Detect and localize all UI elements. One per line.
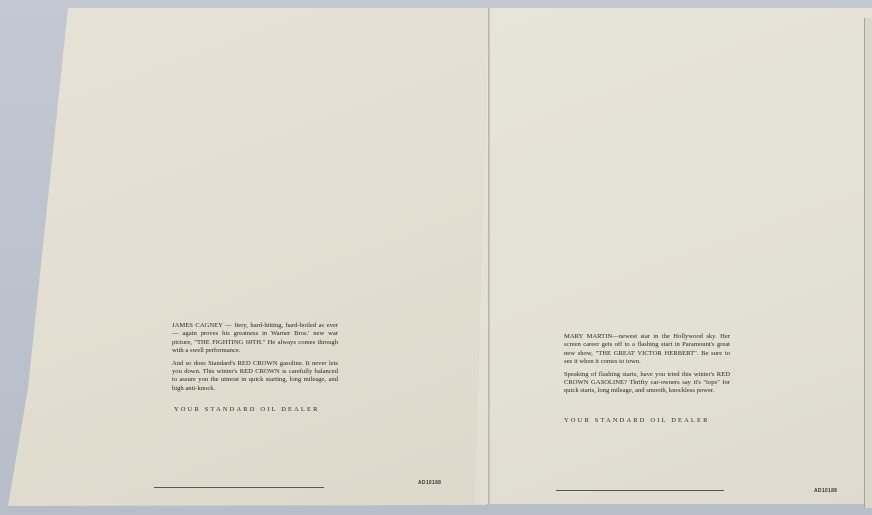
sheet-seam: [488, 8, 490, 504]
ad-paragraph-product: And so does Standard's RED CROWN gasolin…: [172, 360, 338, 394]
ad-code: AD10188: [814, 488, 837, 494]
dealer-name-line: [556, 490, 724, 491]
dealer-name-line: [154, 487, 324, 488]
dealer-signoff: Your Standard Oil Dealer: [564, 417, 710, 424]
ad-paragraph-intro: JAMES CAGNEY — fiery, hard-hitting, hard…: [172, 322, 338, 356]
dealer-signoff: Your Standard Oil Dealer: [174, 406, 320, 413]
next-sheet-edge: [864, 18, 872, 508]
ad-paragraph-product: Speaking of flashing starts, have you tr…: [564, 371, 730, 396]
ad-sheet-left: [8, 8, 490, 506]
ad-sheet-right: [475, 8, 872, 504]
ad-copy-cagney: JAMES CAGNEY — fiery, hard-hitting, hard…: [172, 322, 338, 397]
ad-copy-martin: MARY MARTIN—newest star in the Hollywood…: [564, 333, 730, 400]
ad-code: AD10188: [418, 480, 441, 486]
ad-paragraph-intro: MARY MARTIN—newest star in the Hollywood…: [564, 333, 730, 367]
